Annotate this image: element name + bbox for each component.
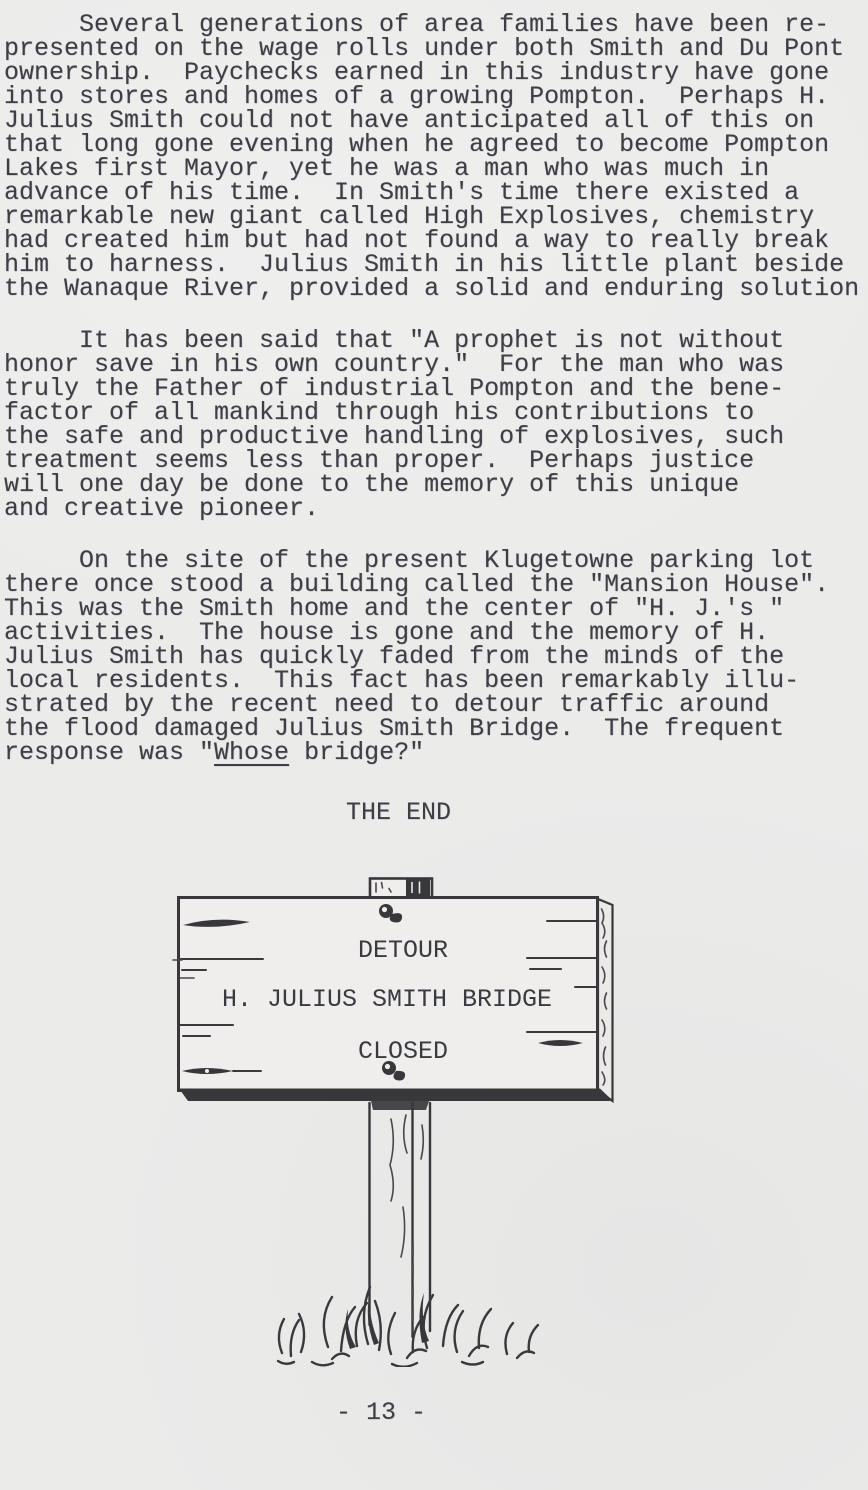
body-text: Several generations of area families hav… [4, 13, 866, 765]
grass [278, 1287, 538, 1367]
paragraph-3: On the site of the present Klugetowne pa… [4, 549, 866, 765]
detour-sign-illustration: DETOUR H. JULIUS SMITH BRIDGE CLOSED [160, 875, 640, 1367]
underlined-word: Whose [214, 738, 289, 767]
the-end-label: THE END [346, 801, 451, 825]
sign-drawing: DETOUR H. JULIUS SMITH BRIDGE CLOSED [160, 875, 640, 1367]
paragraph-3-text-end: bridge?" [289, 738, 424, 767]
sign-post-cap [370, 879, 432, 898]
scanned-page: Several generations of area families hav… [0, 0, 868, 1490]
paragraph-1: Several generations of area families hav… [4, 13, 866, 301]
sign-line-detour: DETOUR [358, 936, 448, 965]
sign-post [370, 1101, 431, 1337]
paragraph-2: It has been said that "A prophet is not … [4, 329, 866, 521]
paragraph-3-text: On the site of the present Klugetowne pa… [4, 546, 829, 767]
sign-board-shadow [179, 1089, 613, 1102]
page-number: - 13 - [336, 1401, 426, 1425]
sign-line-bridge-name: H. JULIUS SMITH BRIDGE [222, 985, 552, 1014]
sign-line-closed: CLOSED [358, 1037, 448, 1066]
